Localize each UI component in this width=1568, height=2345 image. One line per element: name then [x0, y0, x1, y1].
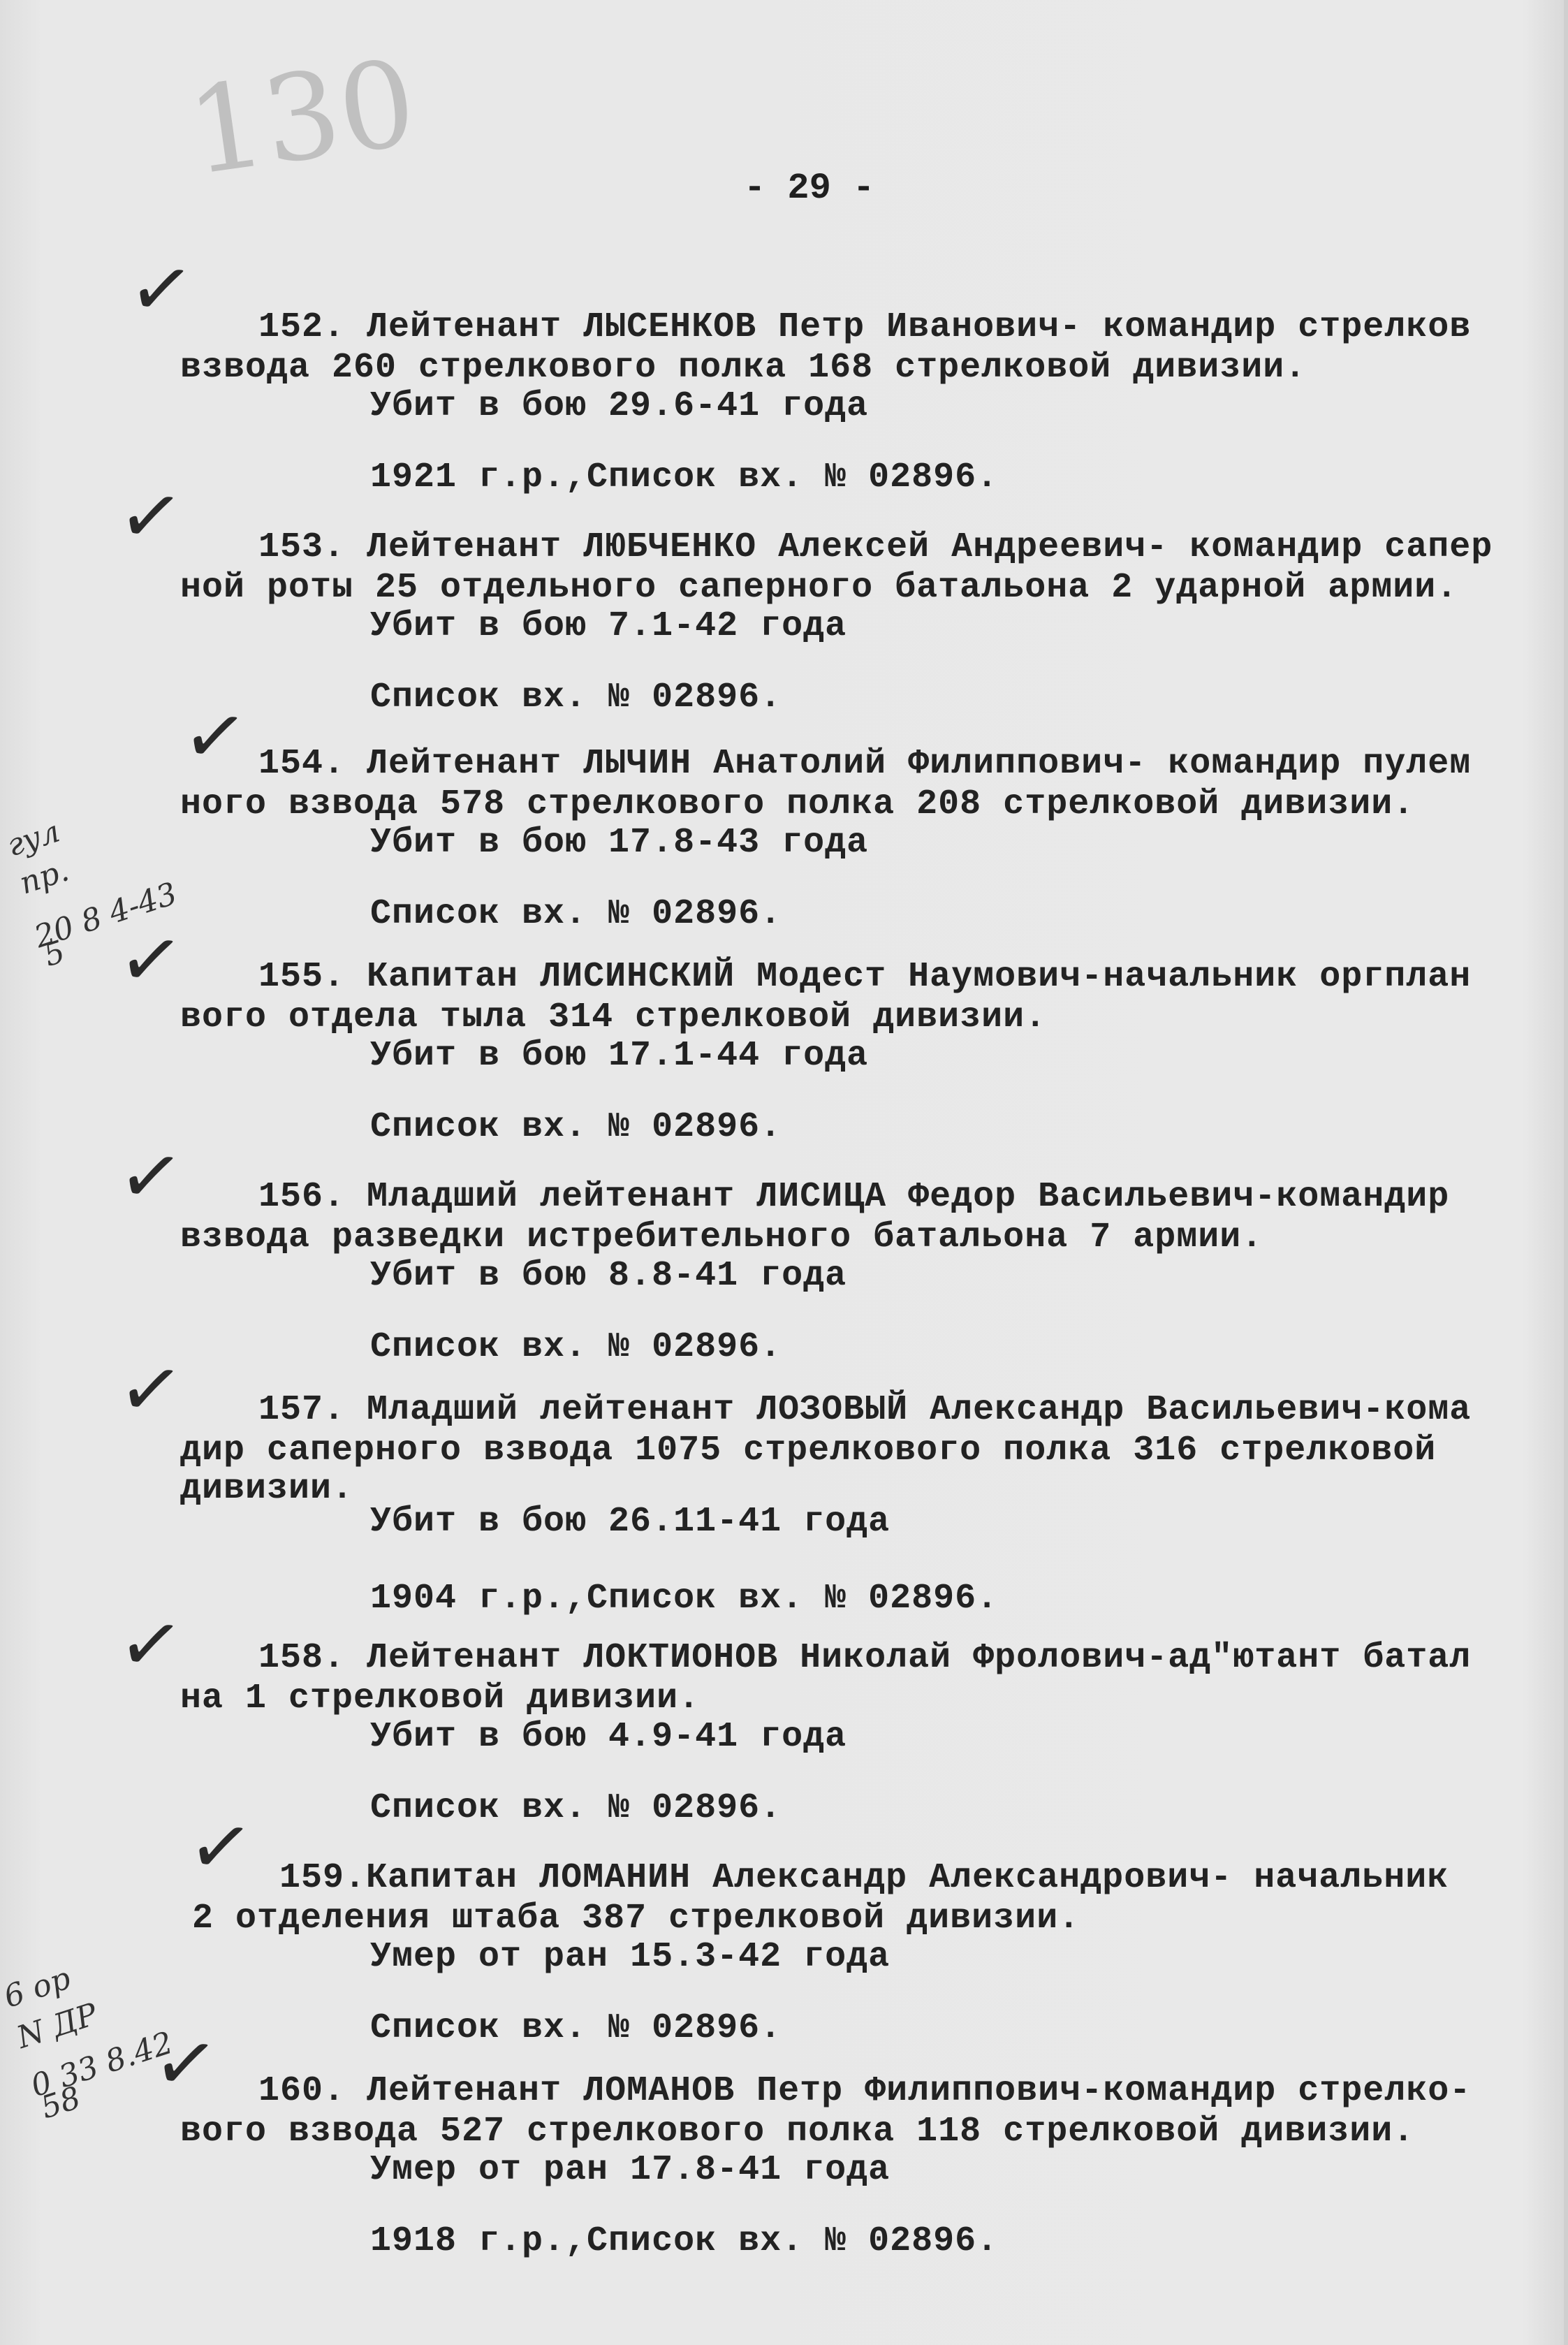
entry-line: 1918 г.р.,Список вх. № 02896. — [370, 2221, 998, 2261]
entry-line: Умер от ран 17.8-41 года — [370, 2150, 890, 2190]
entry-line: вого отдела тыла 314 стрелковой дивизии. — [180, 998, 1046, 1037]
entry-line: 1904 г.р.,Список вх. № 02896. — [370, 1579, 998, 1619]
entry-line: ного взвода 578 стрелкового полка 208 ст… — [180, 784, 1414, 824]
pencil-folio-number: 130 — [180, 34, 424, 202]
entry-line: Убит в бою 17.8-43 года — [370, 823, 868, 863]
entry-line: вого взвода 527 стрелкового полка 118 ст… — [180, 2112, 1414, 2152]
check-mark-icon: ✓ — [183, 1798, 259, 1896]
document-page: 130 - 29 - ✓152. Лейтенант ЛЫСЕНКОВ Петр… — [0, 0, 1568, 2345]
entry-line: взвода разведки истребительного батальон… — [180, 1218, 1263, 1257]
entry-line: 158. Лейтенант ЛОКТИОНОВ Николай Фролови… — [258, 1638, 1471, 1678]
entry-line: взвода 260 стрелкового полка 168 стрелко… — [180, 348, 1306, 388]
entry-line: 1921 г.р.,Список вх. № 02896. — [370, 458, 998, 497]
entry-line: дир саперного взвода 1075 стрелкового по… — [180, 1431, 1436, 1470]
check-mark-icon: ✓ — [148, 2015, 224, 2112]
check-mark-icon: ✓ — [177, 687, 254, 785]
entry-line: Список вх. № 02896. — [370, 894, 782, 934]
entry-line: 156. Младший лейтенант ЛИСИЦА Федор Васи… — [258, 1177, 1449, 1217]
page-edge — [1564, 0, 1568, 2345]
entry-line: Убит в бою 7.1-42 года — [370, 606, 847, 646]
entry-line: дивизии. — [180, 1469, 353, 1509]
entry-line: 160. Лейтенант ЛОМАНОВ Петр Филиппович-к… — [258, 2071, 1471, 2111]
entry-line: 154. Лейтенант ЛЫЧИН Анатолий Филиппович… — [258, 744, 1471, 784]
entry-line: 153. Лейтенант ЛЮБЧЕНКО Алексей Андрееви… — [258, 527, 1493, 567]
entry-line: Убит в бою 4.9-41 года — [370, 1717, 847, 1757]
check-mark-icon: ✓ — [113, 911, 189, 1009]
check-mark-icon: ✓ — [113, 1127, 189, 1225]
entry-line: Умер от ран 15.3-42 года — [370, 1937, 890, 1977]
entry-line: Список вх. № 02896. — [370, 1788, 782, 1828]
entry-line: Убит в бою 29.6-41 года — [370, 386, 868, 426]
check-mark-icon: ✓ — [113, 467, 189, 565]
entry-line: Убит в бою 17.1-44 года — [370, 1036, 868, 1076]
entry-line: Список вх. № 02896. — [370, 2008, 782, 2048]
check-mark-icon: ✓ — [124, 240, 200, 338]
check-mark-icon: ✓ — [113, 1340, 189, 1438]
entry-line: Список вх. № 02896. — [370, 1107, 782, 1147]
check-mark-icon: ✓ — [113, 1595, 189, 1693]
entry-line: 157. Младший лейтенант ЛОЗОВЫЙ Александр… — [258, 1390, 1471, 1430]
entry-line: на 1 стрелковой дивизии. — [180, 1679, 700, 1718]
entry-line: 159.Капитан ЛОМАНИН Александр Александро… — [279, 1858, 1449, 1898]
entry-line: 2 отделения штаба 387 стрелковой дивизии… — [192, 1899, 1080, 1938]
entry-line: ной роты 25 отдельного саперного батальо… — [180, 568, 1458, 608]
entry-line: Убит в бою 26.11-41 года — [370, 1502, 890, 1542]
page-number: - 29 - — [744, 168, 874, 209]
entry-line: 155. Капитан ЛИСИНСКИЙ Модест Наумович-н… — [258, 957, 1471, 997]
entry-line: Список вх. № 02896. — [370, 1327, 782, 1367]
entry-line: Список вх. № 02896. — [370, 678, 782, 717]
entry-line: Убит в бою 8.8-41 года — [370, 1256, 847, 1296]
entry-line: 152. Лейтенант ЛЫСЕНКОВ Петр Иванович- к… — [258, 307, 1471, 347]
